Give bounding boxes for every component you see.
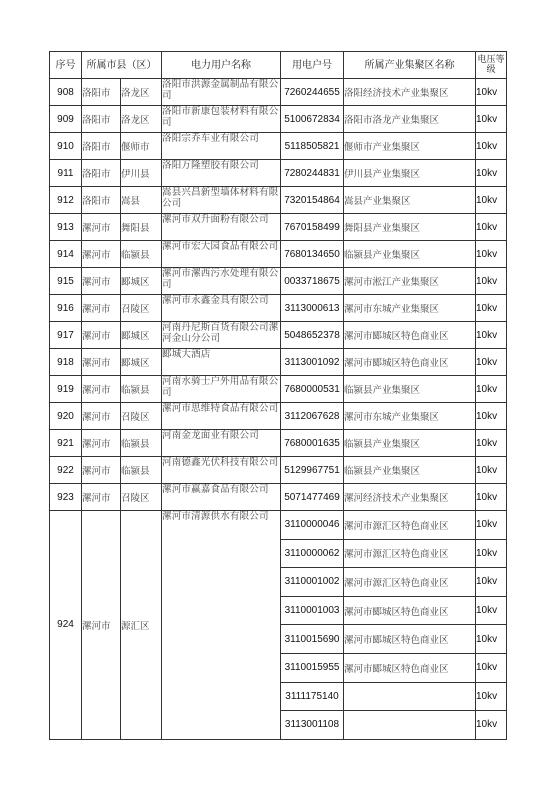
row-voltage: 10kv xyxy=(476,596,507,625)
row-account: 3111175140 xyxy=(281,682,344,711)
row-city: 漯河市 xyxy=(82,484,121,511)
row-seq: 908 xyxy=(50,79,82,106)
row-seq: 922 xyxy=(50,457,82,484)
row-voltage: 10kv xyxy=(476,457,507,484)
row-county: 洛龙区 xyxy=(121,106,162,133)
row-city: 洛阳市 xyxy=(82,187,121,214)
row-account: 7260244655 xyxy=(281,79,344,106)
table-row: 920漯河市召陵区漯河市思维特食品有限公司3112067628漯河市东城产业集聚… xyxy=(50,403,507,430)
row-zone: 临颍县产业集聚区 xyxy=(344,376,476,403)
row-voltage: 10kv xyxy=(476,539,507,568)
row-zone: 漯河市东城产业集聚区 xyxy=(344,403,476,430)
row-zone xyxy=(344,682,476,711)
header-zone: 所属产业集聚区名称 xyxy=(344,52,476,79)
row-account: 7680000531 xyxy=(281,376,344,403)
row-user-name: 漯河市永鑫金具有限公司 xyxy=(162,295,281,322)
row-account: 3112067628 xyxy=(281,403,344,430)
table-row: 914漯河市临颍县漯河市宏大园食品有限公司7680134650临颍县产业集聚区1… xyxy=(50,241,507,268)
table-row: 924漯河市源汇区漯河市清源供水有限公司3110000046漯河市源汇区特色商业… xyxy=(50,511,507,540)
row-account: 0033718675 xyxy=(281,268,344,295)
row-zone: 临颍县产业集聚区 xyxy=(344,241,476,268)
row-user-name: 漯河市双升面粉有限公司 xyxy=(162,214,281,241)
row-voltage: 10kv xyxy=(476,187,507,214)
row-seq: 923 xyxy=(50,484,82,511)
row-county: 伊川县 xyxy=(121,160,162,187)
table-row: 918漯河市郾城区郾城大酒店3113001092漯河市郾城区特色商业区10kv xyxy=(50,349,507,376)
row-user-name: 河南德鑫光伏科技有限公司 xyxy=(162,457,281,484)
row-voltage: 10kv xyxy=(476,711,507,740)
row-account: 5071477469 xyxy=(281,484,344,511)
row-zone: 漯河市东城产业集聚区 xyxy=(344,295,476,322)
row-account: 3110000062 xyxy=(281,539,344,568)
table-row: 919漯河市临颍县河南水骑士户外用品有限公司7680000531临颍县产业集聚区… xyxy=(50,376,507,403)
row-seq: 913 xyxy=(50,214,82,241)
row-zone: 洛阳经济技术产业集聚区 xyxy=(344,79,476,106)
row-zone: 漯河市郾城区特色商业区 xyxy=(344,596,476,625)
row-voltage: 10kv xyxy=(476,295,507,322)
row-voltage: 10kv xyxy=(476,568,507,597)
row-seq: 917 xyxy=(50,322,82,349)
row-seq: 909 xyxy=(50,106,82,133)
row-seq: 924 xyxy=(50,511,82,740)
power-user-table: 序号 所属市县（区） 电力用户名称 用电户号 所属产业集聚区名称 电压等级 90… xyxy=(49,51,507,740)
row-city: 漯河市 xyxy=(82,241,121,268)
header-row: 序号 所属市县（区） 电力用户名称 用电户号 所属产业集聚区名称 电压等级 xyxy=(50,52,507,79)
row-county: 召陵区 xyxy=(121,295,162,322)
row-voltage: 10kv xyxy=(476,214,507,241)
row-seq: 916 xyxy=(50,295,82,322)
row-voltage: 10kv xyxy=(476,79,507,106)
row-county: 召陵区 xyxy=(121,484,162,511)
row-zone: 漯河市源汇区特色商业区 xyxy=(344,568,476,597)
table-row: 917漯河市郾城区河南丹尼斯百货有限公司漯河金山分公司5048652378漯河市… xyxy=(50,322,507,349)
row-city: 漯河市 xyxy=(82,403,121,430)
row-account: 7670158499 xyxy=(281,214,344,241)
row-user-name: 漯河市思维特食品有限公司 xyxy=(162,403,281,430)
row-voltage: 10kv xyxy=(476,484,507,511)
row-zone: 漯河市郾城区特色商业区 xyxy=(344,322,476,349)
row-county: 偃师市 xyxy=(121,133,162,160)
row-county: 临颍县 xyxy=(121,241,162,268)
row-city: 漯河市 xyxy=(82,457,121,484)
row-county: 召陵区 xyxy=(121,403,162,430)
row-county: 郾城区 xyxy=(121,268,162,295)
row-zone: 洛阳市洛龙产业集聚区 xyxy=(344,106,476,133)
row-voltage: 10kv xyxy=(476,133,507,160)
row-city: 漯河市 xyxy=(82,268,121,295)
header-seq: 序号 xyxy=(50,52,82,79)
row-seq: 920 xyxy=(50,403,82,430)
row-user-name: 嵩县兴昌新型墙体材料有限公司 xyxy=(162,187,281,214)
row-account: 7320154864 xyxy=(281,187,344,214)
row-user-name: 河南金龙面业有限公司 xyxy=(162,430,281,457)
row-county: 源汇区 xyxy=(121,511,162,740)
table-row: 908洛阳市洛龙区洛阳市洪源金属制品有限公司7260244655洛阳经济技术产业… xyxy=(50,79,507,106)
table-row: 909洛阳市洛龙区洛阳市新康包装材料有限公司5100672834洛阳市洛龙产业集… xyxy=(50,106,507,133)
table-row: 921漯河市临颍县河南金龙面业有限公司7680001635临颍县产业集聚区10k… xyxy=(50,430,507,457)
row-seq: 914 xyxy=(50,241,82,268)
row-city: 漯河市 xyxy=(82,349,121,376)
row-zone: 偃师市产业集聚区 xyxy=(344,133,476,160)
table-row: 912洛阳市嵩县嵩县兴昌新型墙体材料有限公司7320154864嵩县产业集聚区1… xyxy=(50,187,507,214)
row-zone: 临颍县产业集聚区 xyxy=(344,430,476,457)
table-row: 922漯河市临颍县河南德鑫光伏科技有限公司5129967751临颍县产业集聚区1… xyxy=(50,457,507,484)
header-user-name: 电力用户名称 xyxy=(162,52,281,79)
table-row: 916漯河市召陵区漯河市永鑫金具有限公司3113000613漯河市东城产业集聚区… xyxy=(50,295,507,322)
row-account: 7680001635 xyxy=(281,430,344,457)
row-account: 7680134650 xyxy=(281,241,344,268)
row-county: 临颍县 xyxy=(121,376,162,403)
header-voltage: 电压等级 xyxy=(476,52,507,79)
row-zone: 漯河市淞江产业集聚区 xyxy=(344,268,476,295)
row-account: 3110001003 xyxy=(281,596,344,625)
row-county: 洛龙区 xyxy=(121,79,162,106)
row-account: 7280244831 xyxy=(281,160,344,187)
row-city: 洛阳市 xyxy=(82,106,121,133)
row-voltage: 10kv xyxy=(476,322,507,349)
row-voltage: 10kv xyxy=(476,682,507,711)
row-user-name: 河南丹尼斯百货有限公司漯河金山分公司 xyxy=(162,322,281,349)
row-account: 3113000613 xyxy=(281,295,344,322)
row-account: 5118505821 xyxy=(281,133,344,160)
row-zone: 漯河市郾城区特色商业区 xyxy=(344,625,476,654)
header-region: 所属市县（区） xyxy=(82,52,162,79)
row-city: 洛阳市 xyxy=(82,133,121,160)
row-city: 漯河市 xyxy=(82,430,121,457)
row-account: 3110015690 xyxy=(281,625,344,654)
row-zone: 漯河市郾城区特色商业区 xyxy=(344,349,476,376)
row-account: 3110015955 xyxy=(281,653,344,682)
row-city: 漯河市 xyxy=(82,322,121,349)
row-seq: 919 xyxy=(50,376,82,403)
row-voltage: 10kv xyxy=(476,625,507,654)
row-county: 郾城区 xyxy=(121,322,162,349)
row-zone: 临颍县产业集聚区 xyxy=(344,457,476,484)
row-zone: 伊川县产业集聚区 xyxy=(344,160,476,187)
row-user-name: 漯河市漯西污水处理有限公司 xyxy=(162,268,281,295)
row-county: 舞阳县 xyxy=(121,214,162,241)
row-zone: 漯河经济技术产业集聚区 xyxy=(344,484,476,511)
row-seq: 911 xyxy=(50,160,82,187)
row-user-name: 漯河市赢嘉食品有限公司 xyxy=(162,484,281,511)
row-seq: 912 xyxy=(50,187,82,214)
row-account: 5048652378 xyxy=(281,322,344,349)
row-zone: 漯河市郾城区特色商业区 xyxy=(344,653,476,682)
row-user-name: 洛阳宗乔车业有限公司 xyxy=(162,133,281,160)
row-city: 漯河市 xyxy=(82,511,121,740)
row-account: 5100672834 xyxy=(281,106,344,133)
row-zone: 漯河市源汇区特色商业区 xyxy=(344,511,476,540)
row-voltage: 10kv xyxy=(476,349,507,376)
row-voltage: 10kv xyxy=(476,511,507,540)
row-county: 临颍县 xyxy=(121,430,162,457)
row-zone: 嵩县产业集聚区 xyxy=(344,187,476,214)
row-city: 漯河市 xyxy=(82,295,121,322)
row-seq: 915 xyxy=(50,268,82,295)
row-voltage: 10kv xyxy=(476,653,507,682)
row-voltage: 10kv xyxy=(476,376,507,403)
row-city: 漯河市 xyxy=(82,214,121,241)
header-account: 用电户号 xyxy=(281,52,344,79)
row-zone: 舞阳县产业集聚区 xyxy=(344,214,476,241)
table-row: 923漯河市召陵区漯河市赢嘉食品有限公司5071477469漯河经济技术产业集聚… xyxy=(50,484,507,511)
row-seq: 910 xyxy=(50,133,82,160)
row-voltage: 10kv xyxy=(476,241,507,268)
row-city: 洛阳市 xyxy=(82,79,121,106)
row-account: 3110000046 xyxy=(281,511,344,540)
table-row: 915漯河市郾城区漯河市漯西污水处理有限公司0033718675漯河市淞江产业集… xyxy=(50,268,507,295)
table-row: 913漯河市舞阳县漯河市双升面粉有限公司7670158499舞阳县产业集聚区10… xyxy=(50,214,507,241)
table-row: 910洛阳市偃师市洛阳宗乔车业有限公司5118505821偃师市产业集聚区10k… xyxy=(50,133,507,160)
row-account: 3113001092 xyxy=(281,349,344,376)
row-county: 嵩县 xyxy=(121,187,162,214)
row-account: 3113001108 xyxy=(281,711,344,740)
row-user-name: 河南水骑士户外用品有限公司 xyxy=(162,376,281,403)
row-voltage: 10kv xyxy=(476,160,507,187)
row-county: 郾城区 xyxy=(121,349,162,376)
row-user-name: 洛阳市洪源金属制品有限公司 xyxy=(162,79,281,106)
row-city: 洛阳市 xyxy=(82,160,121,187)
row-account: 5129967751 xyxy=(281,457,344,484)
table-row: 911洛阳市伊川县洛阳万隆塑胶有限公司7280244831伊川县产业集聚区10k… xyxy=(50,160,507,187)
row-city: 漯河市 xyxy=(82,376,121,403)
row-zone xyxy=(344,711,476,740)
row-seq: 918 xyxy=(50,349,82,376)
row-user-name: 洛阳万隆塑胶有限公司 xyxy=(162,160,281,187)
row-voltage: 10kv xyxy=(476,106,507,133)
row-account: 3110001002 xyxy=(281,568,344,597)
row-zone: 漯河市源汇区特色商业区 xyxy=(344,539,476,568)
row-county: 临颍县 xyxy=(121,457,162,484)
row-user-name: 洛阳市新康包装材料有限公司 xyxy=(162,106,281,133)
row-voltage: 10kv xyxy=(476,430,507,457)
row-voltage: 10kv xyxy=(476,268,507,295)
row-user-name: 漯河市清源供水有限公司 xyxy=(162,511,281,740)
row-user-name: 漯河市宏大园食品有限公司 xyxy=(162,241,281,268)
row-seq: 921 xyxy=(50,430,82,457)
row-voltage: 10kv xyxy=(476,403,507,430)
row-user-name: 郾城大酒店 xyxy=(162,349,281,376)
